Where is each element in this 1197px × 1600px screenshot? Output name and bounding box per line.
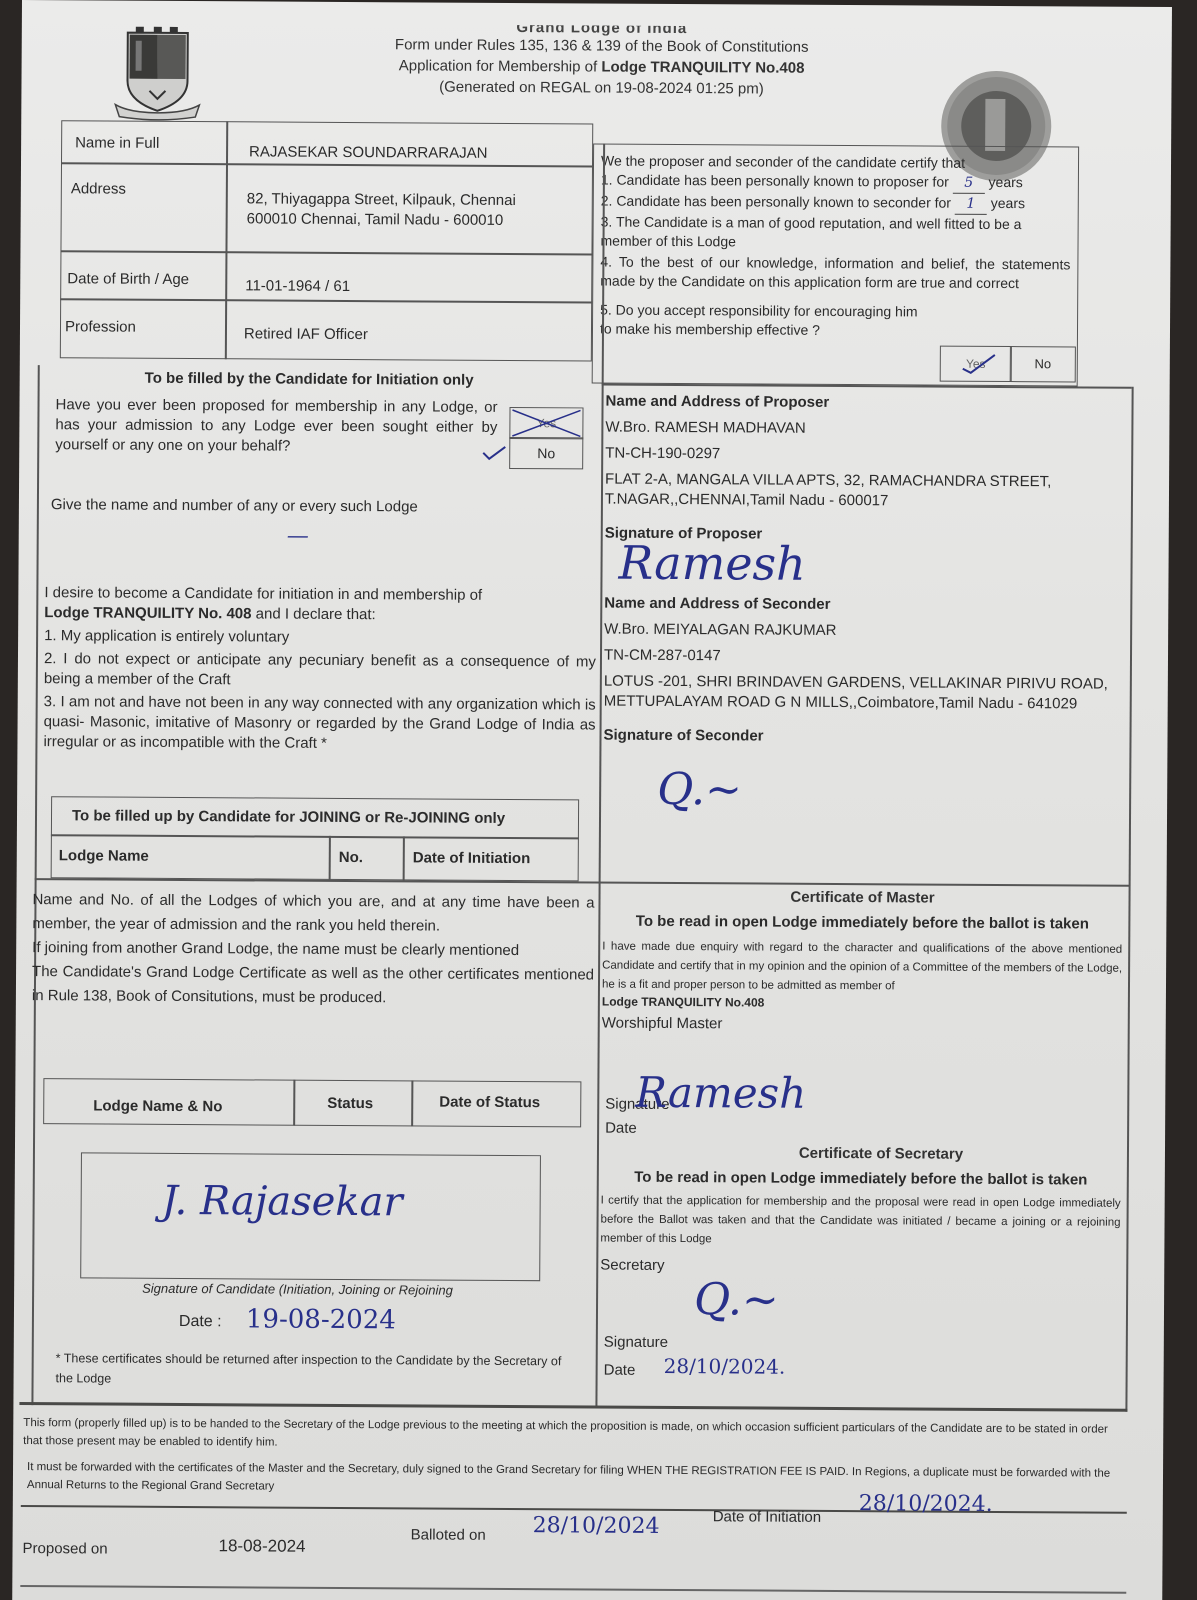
form-rules-line: Form under Rules 135, 136 & 139 of the B… xyxy=(352,34,852,58)
master-role: Worshipful Master xyxy=(602,1015,1122,1035)
master-signature: Ramesh xyxy=(635,1068,806,1118)
candidate-signature-label: Signature of Candidate (Initiation, Join… xyxy=(142,1281,453,1298)
secretary-date-value: 28/10/2024. xyxy=(664,1354,786,1379)
secretary-cert-body: I certify that the application for membe… xyxy=(600,1192,1120,1252)
application-form: Grand Lodge of India Form under Rules 13… xyxy=(12,0,1172,1600)
dob-label: Date of Birth / Age xyxy=(67,270,189,288)
seconder-section: Name and Address of Seconder W.Bro. MEIY… xyxy=(603,594,1124,749)
initiation-date-value: 28/10/2024. xyxy=(859,1491,993,1517)
master-certificate: Certificate of Master To be read in open… xyxy=(602,888,1123,1035)
candidate-date-value: 19-08-2024 xyxy=(246,1304,396,1335)
joining-col-lodge-name: Lodge Name xyxy=(59,846,149,867)
grand-lodge-crest-icon xyxy=(109,21,206,122)
joining-heading: To be filled up by Candidate for JOINING… xyxy=(72,806,505,829)
certificates-note: * These certificates should be returned … xyxy=(56,1348,576,1391)
initiation-date-label: Date of Initiation xyxy=(713,1508,822,1526)
proposed-on-value: 18-08-2024 xyxy=(218,1536,305,1557)
lodges-membership-text: Name and No. of all the Lodges of which … xyxy=(32,888,595,1011)
seconder-address: LOTUS -201, SHRI BRINDAVEN GARDENS, VELL… xyxy=(604,672,1124,715)
address-value: 82, Thiyagappa Street, Kilpauk, Chennai … xyxy=(247,189,516,231)
cross-out-icon xyxy=(510,408,582,438)
name-value: RAJASEKAR SOUNDARRARAJAN xyxy=(249,143,487,161)
master-cert-body: I have made due enquiry with regard to t… xyxy=(602,938,1122,998)
dob-value: 11-01-1964 / 61 xyxy=(245,277,350,295)
proposer-name: W.Bro. RAMESH MADHAVAN xyxy=(605,418,1125,441)
seconder-name: W.Bro. MEIYALAGAN RAJKUMAR xyxy=(604,620,1124,643)
secretary-cert-subtitle: To be read in open Lodge immediately bef… xyxy=(601,1169,1121,1189)
secretary-signature: Q.~ xyxy=(694,1274,779,1326)
master-cert-subtitle: To be read in open Lodge immediately bef… xyxy=(602,913,1122,933)
checkmark-icon xyxy=(959,351,999,377)
seconder-signature: Q.~ xyxy=(657,764,742,816)
certification-text: We the proposer and seconder of the cand… xyxy=(600,152,1071,342)
lodges-col-date: Date of Status xyxy=(439,1093,540,1114)
proposer-heading: Name and Address of Proposer xyxy=(605,392,1125,415)
seconder-heading: Name and Address of Seconder xyxy=(604,594,1124,617)
lodges-col-name: Lodge Name & No xyxy=(93,1096,222,1117)
initiation-heading: To be filled by the Candidate for Initia… xyxy=(145,369,474,391)
seconder-signature-label: Signature of Seconder xyxy=(603,726,1123,749)
proposer-id: TN-CH-190-0297 xyxy=(605,444,1125,467)
candidate-signature: J. Rajasekar xyxy=(162,1178,403,1225)
proposed-on-label: Proposed on xyxy=(22,1540,107,1558)
profession-label: Profession xyxy=(65,318,136,335)
master-date-label: Date xyxy=(605,1120,637,1137)
secretary-signature-label: Signature xyxy=(604,1334,668,1351)
joining-col-no: No. xyxy=(339,848,363,868)
initiation-no-option[interactable]: No xyxy=(509,437,583,469)
address-label: Address xyxy=(71,180,126,197)
proposer-years-value: 5 xyxy=(953,174,985,194)
candidate-date-label: Date : xyxy=(179,1313,222,1331)
initiation-question: Have you ever been proposed for membersh… xyxy=(55,395,497,458)
secretary-certificate: Certificate of Secretary To be read in o… xyxy=(600,1144,1121,1277)
lodges-col-status: Status xyxy=(327,1094,373,1114)
profession-value: Retired IAF Officer xyxy=(244,325,368,343)
proposer-section: Name and Address of Proposer W.Bro. RAME… xyxy=(605,392,1126,547)
master-cert-lodge: Lodge TRANQUILITY No.408 xyxy=(602,995,1122,1012)
initiation-yes-option[interactable]: Yes xyxy=(509,407,583,439)
previous-lodge-value: — xyxy=(287,524,309,549)
form-title: Application for Membership of Lodge TRAN… xyxy=(352,55,852,79)
secretary-date-label: Date xyxy=(604,1362,636,1379)
secretary-role: Secretary xyxy=(600,1257,1120,1277)
seconder-years-value: 1 xyxy=(955,195,987,215)
responsibility-no-option[interactable]: No xyxy=(1010,346,1076,382)
form-header: Grand Lodge of India Form under Rules 13… xyxy=(351,24,851,100)
generated-on: (Generated on REGAL on 19-08-2024 01:25 … xyxy=(351,76,851,100)
secretary-cert-title: Certificate of Secretary xyxy=(601,1144,1121,1164)
proposer-signature: Ramesh xyxy=(618,536,806,591)
responsibility-yes-option[interactable]: Yes xyxy=(940,346,1012,382)
footer-note-1: This form (properly filled up) is to be … xyxy=(23,1414,1123,1457)
master-cert-title: Certificate of Master xyxy=(602,888,1122,908)
seconder-id: TN-CM-287-0147 xyxy=(604,646,1124,669)
name-label: Name in Full xyxy=(75,134,159,152)
previous-lodge-label: Give the name and number of any or every… xyxy=(51,495,418,517)
checkmark-icon xyxy=(481,445,507,461)
candidate-signature-box[interactable]: J. Rajasekar xyxy=(80,1152,541,1281)
balloted-on-value: 28/10/2024 xyxy=(533,1513,660,1539)
joining-col-date: Date of Initiation xyxy=(413,848,531,869)
balloted-on-label: Balloted on xyxy=(411,1526,486,1543)
proposer-address: FLAT 2-A, MANGALA VILLA APTS, 32, RAMACH… xyxy=(605,470,1125,513)
declaration-section: I desire to become a Candidate for initi… xyxy=(43,583,596,755)
